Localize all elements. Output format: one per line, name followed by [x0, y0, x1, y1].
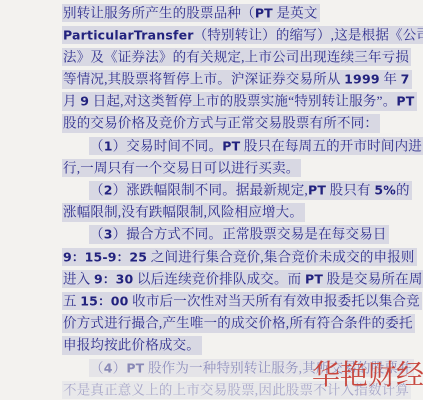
text-line: 别转让服务所产生的股票品种（PT 是英文 — [62, 2, 423, 24]
text-line: （1）交易时间不同。PT 股只在每周五的开市时间内进 — [62, 135, 423, 157]
cjk-text-run: 涨幅限制,没有跌幅限制,风险相应增大。 — [63, 205, 303, 220]
text-line: 五 15：00 收市后一次性对当天所有有效申报委托以集合竞 — [62, 290, 423, 312]
latin-text-run: PT — [305, 271, 323, 286]
cjk-text-run: （ — [90, 183, 104, 198]
cjk-text-run: 别转让服务所产生的股票品种（ — [63, 5, 255, 20]
latin-text-run: ParticularTransfer — [63, 27, 194, 42]
cjk-text-run: （ — [90, 138, 104, 153]
latin-text-run: 9 — [80, 94, 89, 109]
latin-text-run: 1999 — [344, 72, 380, 87]
document-page: 别转让服务所产生的股票品种（PT 是英文ParticularTransfer（特… — [0, 0, 423, 400]
cjk-text-run: 申报均按此价格成交。 — [63, 338, 200, 353]
latin-text-run: PT — [396, 94, 414, 109]
highlighted-text: 别转让服务所产生的股票品种（PT 是英文 — [62, 4, 320, 23]
highlighted-text: （1）交易时间不同。PT 股只在每周五的开市时间内进 — [89, 137, 423, 156]
latin-text-run: 3 — [104, 227, 113, 242]
cjk-text-run: 日起,对这类暂停上市的股票实施“特别转让服务”。 — [89, 94, 396, 109]
cjk-text-run: 的 — [396, 183, 410, 198]
text-line: 9：15-9：25 之间进行集合竞价,集合竞价未成交的申报则 — [62, 246, 423, 268]
latin-text-run: 7 — [401, 72, 410, 87]
cjk-text-run: 价方式进行撮合,产生唯一的成交价格,所有符合条件的委托 — [63, 316, 413, 331]
latin-text-run: PT — [308, 183, 326, 198]
watermark: 华艳财经 — [312, 358, 423, 392]
cjk-text-run: ）交易时间不同。 — [113, 138, 223, 153]
highlighted-text: ParticularTransfer（特别转让）的缩写）,这是根据《公司 — [62, 26, 423, 45]
cjk-text-run: 法》及《证券法》的有关规定,上市公司出现连续三年亏损 — [63, 49, 409, 64]
text-line: 月 9 日起,对这类暂停上市的股票实施“特别转让服务”。PT — [62, 91, 423, 113]
latin-text-run: 2 — [104, 183, 113, 198]
text-line: （3）撮合方式不同。正常股票交易是在每交易日 — [62, 224, 423, 246]
highlighted-text: 申报均按此价格成交。 — [62, 336, 202, 355]
cjk-text-run: 年 — [380, 72, 401, 87]
cjk-text-run: 股是交易所在周 — [323, 271, 422, 286]
text-line: 行,一周只有一个交易日可以进行买卖。 — [62, 157, 423, 179]
highlighted-text: 五 15：00 收市后一次性对当天所有有效申报委托以集合竞 — [62, 292, 422, 311]
latin-text-run: 5% — [374, 183, 396, 198]
cjk-text-run: ）撮合方式不同。正常股票交易是在每交易日 — [113, 227, 387, 242]
highlighted-text: 9：15-9：25 之间进行集合竞价,集合竞价未成交的申报则 — [62, 248, 417, 267]
text-line: 法》及《证券法》的有关规定,上市公司出现连续三年亏损 — [62, 46, 423, 68]
highlighted-text: 法》及《证券法》的有关规定,上市公司出现连续三年亏损 — [62, 48, 411, 67]
cjk-text-run: ） — [113, 360, 127, 375]
text-line: ParticularTransfer（特别转让）的缩写）,这是根据《公司 — [62, 24, 423, 46]
text-line: （2）涨跌幅限制不同。据最新规定,PT 股只有 5%的 — [62, 180, 423, 202]
cjk-text-run: ）涨跌幅限制不同。据最新规定, — [113, 183, 308, 198]
highlighted-text: 行,一周只有一个交易日可以进行买卖。 — [62, 159, 301, 178]
text-line: 股的交易价格及竞价方式与正常交易股票有所不同： — [62, 113, 423, 135]
text-line: 申报均按此价格成交。 — [62, 335, 423, 357]
cjk-text-run: 进入 — [63, 271, 94, 286]
text-line: 涨幅限制,没有跌幅限制,风险相应增大。 — [62, 202, 423, 224]
text-line: 等情况,其股票将暂停上市。沪深证券交易所从 1999 年 7 — [62, 69, 423, 91]
latin-text-run: PT — [255, 5, 273, 20]
highlighted-text: 月 9 日起,对这类暂停上市的股票实施“特别转让服务”。PT — [62, 92, 417, 111]
cjk-text-run: （ — [90, 227, 104, 242]
cjk-text-run: 收市后一次性对当天所有有效申报委托以集合竞 — [129, 293, 420, 308]
text-line: 进入 9：30 以后连续竞价排队成交。而 PT 股是交易所在周 — [62, 268, 423, 290]
cjk-text-run: （ — [90, 360, 104, 375]
cjk-text-run: 等情况,其股票将暂停上市。沪深证券交易所从 — [63, 72, 344, 87]
cjk-text-run: 股只在每周五的开市时间内进 — [240, 138, 422, 153]
highlighted-text: 价方式进行撮合,产生唯一的成交价格,所有符合条件的委托 — [62, 314, 415, 333]
latin-text-run: 1 — [104, 138, 113, 153]
highlighted-text: （3）撮合方式不同。正常股票交易是在每交易日 — [89, 225, 389, 244]
cjk-text-run: （特别转让）的缩写）,这是根据《公司 — [194, 27, 423, 42]
document-text: 别转让服务所产生的股票品种（PT 是英文ParticularTransfer（特… — [62, 2, 423, 400]
cjk-text-run: 股只有 — [326, 183, 374, 198]
highlighted-text: 涨幅限制,没有跌幅限制,风险相应增大。 — [62, 203, 305, 222]
cjk-text-run: 行,一周只有一个交易日可以进行买卖。 — [63, 160, 299, 175]
latin-text-run: 9：30 — [94, 271, 133, 286]
highlighted-text: 进入 9：30 以后连续竞价排队成交。而 PT 股是交易所在周 — [62, 270, 423, 289]
highlighted-text: （2）涨跌幅限制不同。据最新规定,PT 股只有 5%的 — [89, 181, 412, 200]
highlighted-text: 等情况,其股票将暂停上市。沪深证券交易所从 1999 年 7 — [62, 70, 412, 89]
latin-text-run: PT — [126, 360, 144, 375]
latin-text-run: 4 — [104, 360, 113, 375]
cjk-text-run: 之间进行集合竞价,集合竞价未成交的申报则 — [147, 249, 414, 264]
cjk-text-run: 股的交易价格及竞价方式与正常交易股票有所不同： — [63, 116, 378, 131]
text-line: 价方式进行撮合,产生唯一的成交价格,所有符合条件的委托 — [62, 313, 423, 335]
cjk-text-run: 五 — [63, 293, 80, 308]
highlighted-text: 股的交易价格及竞价方式与正常交易股票有所不同： — [62, 114, 380, 133]
cjk-text-run: 月 — [63, 94, 80, 109]
latin-text-run: 9：15-9：25 — [63, 249, 147, 264]
cjk-text-run: 是英文 — [273, 5, 318, 20]
latin-text-run: 15：00 — [80, 293, 128, 308]
latin-text-run: PT — [222, 138, 240, 153]
cjk-text-run: 以后连续竞价排队成交。而 — [133, 271, 305, 286]
